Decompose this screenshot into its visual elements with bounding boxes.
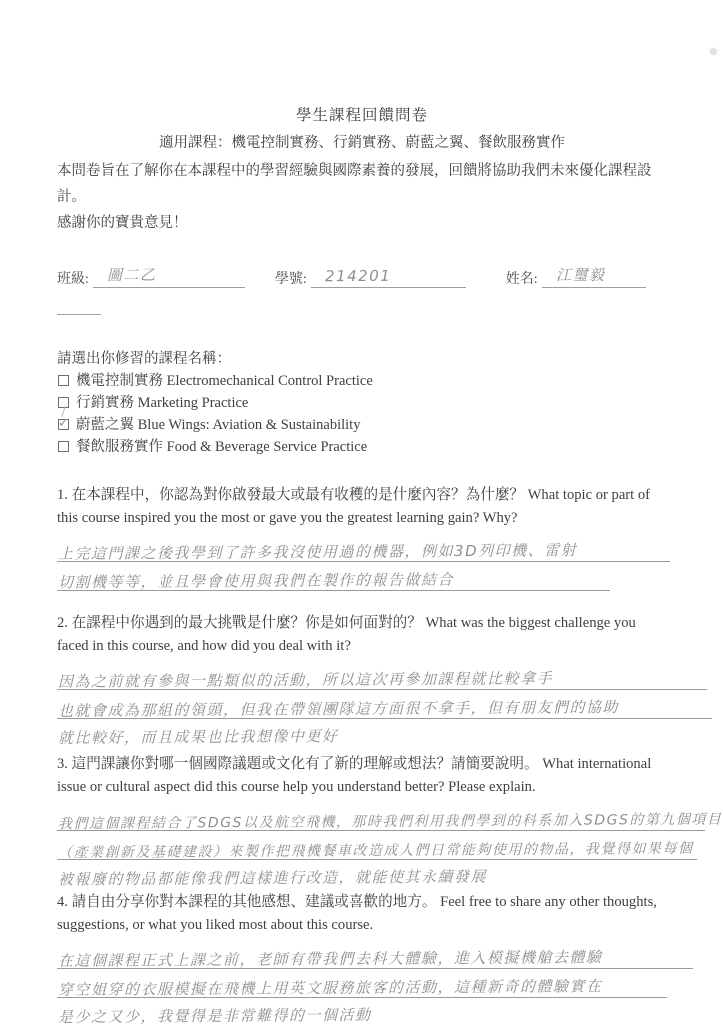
course-option-blue-wings: ✓ 蔚藍之翼 Blue Wings: Aviation & Sustainabi… bbox=[57, 416, 667, 435]
answer-line: 因為之前就有參與一點類似的活動，所以這次再參加課程就比較拿手 bbox=[57, 661, 707, 690]
question-4: 4. 請自由分享你對本課程的其他感想、建議或喜歡的地方。 Feel free t… bbox=[57, 891, 667, 1024]
answer-line: 在這個課程正式上課之前，老師有帶我們去科大體驗，進入模擬機艙去體驗 bbox=[57, 940, 693, 969]
question-1-prompt: 1. 在本課程中，你認為對你啟發最大或最有收穫的是什麼內容？為什麼？ What … bbox=[57, 484, 667, 530]
student-id-label: 學號: bbox=[275, 268, 307, 288]
intro-line-1: 本問卷旨在了解你在本課程中的學習經驗與國際素養的發展，回饋將協助我們未來優化課程… bbox=[57, 158, 667, 210]
handwritten-answer: 就比較好，而且成果也比我想像中更好 bbox=[58, 725, 339, 748]
handwritten-answer: 穿空姐穿的衣服模擬在飛機上用英文服務旅客的活動，這種新奇的體驗實在 bbox=[58, 975, 603, 1000]
course-option-label: 餐飲服務實作 Food & Beverage Service Practice bbox=[76, 438, 367, 457]
answer-line: 我們這個課程結合了SDGS以及航空飛機，那時我們利用我們學到的科系加入SDGS的… bbox=[57, 802, 705, 831]
name-underline: 江璽毅 bbox=[542, 266, 646, 288]
class-label: 班級: bbox=[57, 268, 89, 288]
applicable-courses-subtitle: 適用課程：機電控制實務、行銷實務、蔚藍之翼、餐飲服務實作 bbox=[57, 130, 667, 156]
page-content: 學生課程回饋問卷 適用課程：機電控制實務、行銷實務、蔚藍之翼、餐飲服務實作 本問… bbox=[0, 0, 723, 1024]
course-option-label: 蔚藍之翼 Blue Wings: Aviation & Sustainabili… bbox=[76, 416, 360, 435]
question-2-answers: 因為之前就有參與一點類似的活動，所以這次再參加課程就比較拿手 也就會成為那組的領… bbox=[57, 661, 667, 746]
answer-line: 是少之又少，我覺得是非常難得的一個活動 bbox=[57, 998, 667, 1024]
question-3-prompt: 3. 這門課讓你對哪一個國際議題或文化有了新的理解或想法？請簡要說明。 What… bbox=[57, 753, 667, 799]
handwritten-answer: 上完這門課之後我學到了許多我沒使用過的機器，例如3D列印機、雷射 bbox=[58, 539, 577, 564]
handwritten-answer: 切割機等等，並且學會使用與我們在製作的報告做結合 bbox=[58, 569, 454, 593]
handwritten-answer: （產業創新及基礎建設）來製作把飛機餐車改造成人們日常能夠使用的物品，我覺得如果每… bbox=[58, 838, 694, 862]
answer-line: 切割機等等，並且學會使用與我們在製作的報告做結合 bbox=[57, 562, 610, 591]
intro-line-2: 感謝你的寶貴意見！ bbox=[57, 210, 667, 236]
course-select-prompt: 請選出你修習的課程名稱： bbox=[57, 349, 667, 369]
intro-text: 本問卷旨在了解你在本課程中的學習經驗與國際素養的發展，回饋將協助我們未來優化課程… bbox=[57, 158, 667, 236]
name-handwritten-value: 江璽毅 bbox=[556, 264, 606, 285]
answer-line: 被報廢的物品都能像我們這樣進行改造，就能使其永續發展 bbox=[57, 860, 667, 887]
student-info-row: 班級: 圖二乙 學號: 214201 姓名: 江璽毅 bbox=[57, 266, 667, 288]
checkbox-unchecked bbox=[58, 375, 69, 386]
name-field: 姓名: 江璽毅 bbox=[506, 266, 646, 288]
answer-line: 穿空姐穿的衣服模擬在飛機上用英文服務旅客的活動，這種新奇的體驗實在 bbox=[57, 969, 667, 998]
answer-line: （產業創新及基礎建設）來製作把飛機餐車改造成人們日常能夠使用的物品，我覺得如果每… bbox=[57, 831, 697, 860]
checkmark-icon: ✓ bbox=[58, 414, 69, 433]
checkbox-unchecked bbox=[58, 441, 69, 452]
checkbox-checked: ✓ bbox=[58, 419, 69, 430]
question-1-answers: 上完這門課之後我學到了許多我沒使用過的機器，例如3D列印機、雷射 切割機等等，並… bbox=[57, 533, 667, 591]
stray-underline bbox=[57, 314, 101, 315]
course-option-electromechanical: 機電控制實務 Electromechanical Control Practic… bbox=[57, 372, 667, 391]
question-3: 3. 這門課讓你對哪一個國際議題或文化有了新的理解或想法？請簡要說明。 What… bbox=[57, 753, 667, 887]
scanned-questionnaire-page: 學生課程回饋問卷 適用課程：機電控制實務、行銷實務、蔚藍之翼、餐飲服務實作 本問… bbox=[0, 0, 723, 1024]
name-label: 姓名: bbox=[506, 268, 538, 288]
handwritten-answer: 被報廢的物品都能像我們這樣進行改造，就能使其永續發展 bbox=[58, 866, 487, 890]
student-id-field: 學號: 214201 bbox=[275, 266, 466, 288]
answer-line: 就比較好，而且成果也比我想像中更好 bbox=[57, 719, 667, 746]
class-field: 班級: 圖二乙 bbox=[57, 266, 245, 288]
handwritten-answer: 在這個課程正式上課之前，老師有帶我們去科大體驗，進入模擬機艙去體驗 bbox=[58, 946, 603, 971]
question-1: 1. 在本課程中，你認為對你啟發最大或最有收穫的是什麼內容？為什麼？ What … bbox=[57, 484, 667, 591]
question-4-prompt: 4. 請自由分享你對本課程的其他感想、建議或喜歡的地方。 Feel free t… bbox=[57, 891, 667, 937]
scan-artifact bbox=[710, 48, 717, 55]
course-option-food-beverage: 餐飲服務實作 Food & Beverage Service Practice bbox=[57, 438, 667, 457]
handwritten-answer: 我們這個課程結合了SDGS以及航空飛機，那時我們利用我們學到的科系加入SDGS的… bbox=[58, 809, 722, 834]
page-title: 學生課程回饋問卷 bbox=[57, 104, 667, 128]
question-3-answers: 我們這個課程結合了SDGS以及航空飛機，那時我們利用我們學到的科系加入SDGS的… bbox=[57, 802, 667, 887]
answer-line: 也就會成為那組的領頭，但我在帶領團隊這方面很不拿手，但有朋友們的協助 bbox=[57, 690, 712, 719]
course-option-label: 行銷實務 Marketing Practice bbox=[76, 394, 248, 413]
handwritten-answer: 也就會成為那組的領頭，但我在帶領團隊這方面很不拿手，但有朋友們的協助 bbox=[58, 696, 619, 721]
handwritten-answer: 是少之又少，我覺得是非常難得的一個活動 bbox=[58, 1004, 372, 1024]
question-4-answers: 在這個課程正式上課之前，老師有帶我們去科大體驗，進入模擬機艙去體驗 穿空姐穿的衣… bbox=[57, 940, 667, 1024]
class-handwritten-value: 圖二乙 bbox=[107, 264, 157, 285]
question-2-prompt: 2. 在課程中你遇到的最大挑戰是什麼？你是如何面對的？ What was the… bbox=[57, 612, 667, 658]
question-2: 2. 在課程中你遇到的最大挑戰是什麼？你是如何面對的？ What was the… bbox=[57, 612, 667, 746]
class-underline: 圖二乙 bbox=[93, 266, 245, 288]
course-option-label: 機電控制實務 Electromechanical Control Practic… bbox=[76, 372, 373, 391]
student-id-underline: 214201 bbox=[311, 266, 466, 288]
course-option-marketing: 行銷實務 Marketing Practice bbox=[57, 394, 667, 413]
course-select-block: 請選出你修習的課程名稱： 機電控制實務 Electromechanical Co… bbox=[57, 349, 667, 457]
handwritten-answer: 因為之前就有參與一點類似的活動，所以這次再參加課程就比較拿手 bbox=[58, 667, 553, 691]
answer-line: 上完這門課之後我學到了許多我沒使用過的機器，例如3D列印機、雷射 bbox=[57, 533, 670, 562]
student-id-handwritten-value: 214201 bbox=[325, 267, 391, 285]
